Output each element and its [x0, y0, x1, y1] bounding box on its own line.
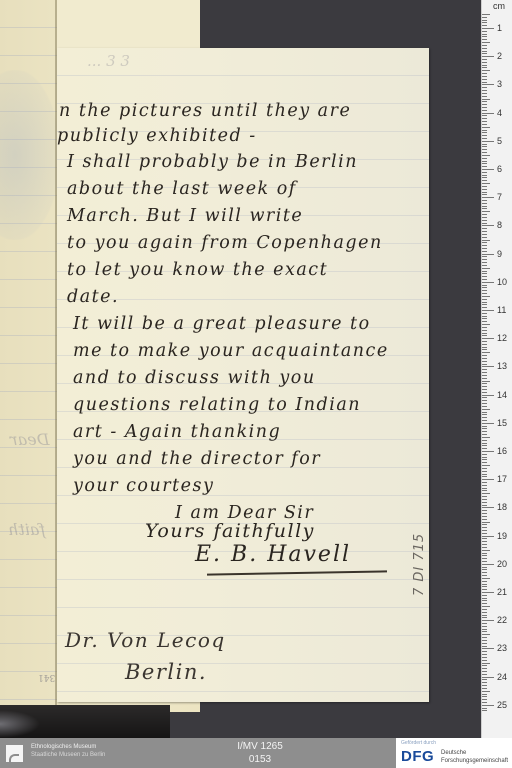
ruler-tick	[482, 663, 490, 664]
ruler-number: 11	[497, 305, 506, 315]
ruler-tick	[482, 307, 487, 308]
ruler-tick	[482, 490, 487, 491]
ruler-tick	[482, 87, 487, 88]
ruler-tick	[482, 194, 487, 195]
letter-line: your courtesy	[73, 476, 214, 496]
ruler-tick	[482, 705, 494, 706]
ruler-tick	[482, 615, 487, 616]
letter-line: to let you know the exact	[67, 260, 328, 280]
ruler-tick	[482, 265, 487, 266]
addressee-name: Dr. Von Lecoq	[65, 628, 226, 652]
ruler-tick	[482, 561, 487, 562]
ruler-tick	[482, 578, 490, 579]
ruler-tick	[482, 282, 494, 283]
ruler-tick	[482, 710, 487, 711]
ruler-tick	[482, 547, 487, 548]
ruler-tick	[482, 682, 487, 683]
cm-ruler: cm 1234567891011121314151617181920212223…	[481, 0, 512, 738]
ruler-tick	[482, 603, 487, 604]
ruler-tick	[482, 423, 494, 424]
ruler-tick	[482, 420, 487, 421]
ruler-tick	[482, 127, 490, 128]
ruler-tick	[482, 161, 487, 162]
ruler-unit: cm	[493, 1, 505, 11]
ruler-tick	[482, 271, 487, 272]
ruler-tick	[482, 476, 487, 477]
ruler-tick	[482, 192, 487, 193]
ruler-tick	[482, 465, 490, 466]
ruler-tick	[482, 564, 494, 565]
ruler-tick	[482, 304, 487, 305]
ruler-tick	[482, 671, 487, 672]
ruler-tick	[482, 42, 490, 43]
ruler-tick	[482, 522, 490, 523]
ruler-tick	[482, 335, 487, 336]
ruler-tick	[482, 665, 487, 666]
ruler-tick	[482, 702, 487, 703]
ruler-tick	[482, 158, 487, 159]
ruler-tick	[482, 369, 487, 370]
ruler-number: 3	[497, 79, 502, 89]
ruler-tick	[482, 513, 487, 514]
ruler-tick	[482, 84, 494, 85]
ruler-tick	[482, 640, 487, 641]
ruler-tick	[482, 457, 487, 458]
inventory-id: I/MV 1265	[210, 740, 310, 753]
bleed-through-text: Dear	[10, 430, 49, 449]
ruler-tick	[482, 612, 487, 613]
ruler-tick	[482, 392, 487, 393]
ruler-tick	[482, 381, 490, 382]
ruler-tick	[482, 152, 487, 153]
ruler-tick	[482, 200, 487, 201]
ruler-tick	[482, 107, 487, 108]
ruler-tick	[482, 144, 487, 145]
ruler-tick	[482, 327, 487, 328]
ruler-tick	[482, 347, 487, 348]
ruler-tick	[482, 558, 487, 559]
ruler-tick	[482, 45, 487, 46]
ruler-tick	[482, 124, 487, 125]
ruler-tick	[482, 28, 494, 29]
scan-area: Dear faith 341 ... 3 3 n the pictures un…	[0, 0, 512, 738]
ruler-tick	[482, 493, 490, 494]
ruler-tick	[482, 279, 487, 280]
ruler-number: 1	[497, 23, 502, 33]
ruler-tick	[482, 417, 487, 418]
ruler-tick	[482, 352, 490, 353]
ruler-tick	[482, 93, 487, 94]
ruler-number: 20	[497, 559, 507, 569]
ruler-tick	[482, 660, 487, 661]
ruler-tick	[482, 177, 487, 178]
ruler-tick	[482, 138, 487, 139]
ruler-tick	[482, 553, 487, 554]
funder-name: Deutsche Forschungsgemeinschaft	[441, 749, 508, 765]
ruler-tick	[482, 386, 487, 387]
ruler-tick	[482, 104, 487, 105]
ruler-tick	[482, 708, 487, 709]
ruler-tick	[482, 73, 487, 74]
ruler-tick	[482, 648, 494, 649]
ruler-tick	[482, 696, 487, 697]
ruler-tick	[482, 366, 494, 367]
ruler-tick	[482, 67, 487, 68]
letter-line: to you again from Copenhagen	[67, 233, 383, 253]
ruler-tick	[482, 146, 487, 147]
ruler-number: 7	[497, 192, 502, 202]
ruler-tick	[482, 383, 487, 384]
ruler-tick	[482, 31, 487, 32]
ruler-tick	[482, 375, 487, 376]
ruler-tick	[482, 651, 487, 652]
ruler-tick	[482, 302, 487, 303]
ruler-tick	[482, 65, 487, 66]
ruler-tick	[482, 361, 487, 362]
ruler-tick	[482, 220, 487, 221]
ruler-tick	[482, 141, 494, 142]
ruler-tick	[482, 629, 487, 630]
funder-name-line-1: Deutsche	[441, 749, 508, 757]
ruler-tick	[482, 251, 487, 252]
ruler-tick	[482, 555, 487, 556]
ruler-tick	[482, 445, 487, 446]
archive-pencil-mark: 7 DI 715	[412, 533, 427, 596]
ruler-tick	[482, 699, 487, 700]
ruler-tick	[482, 48, 487, 49]
ruler-tick	[482, 507, 494, 508]
ruler-tick	[482, 208, 487, 209]
ruler-number: 13	[497, 361, 507, 371]
ruler-tick	[482, 409, 490, 410]
ruler-tick	[482, 516, 487, 517]
ruler-tick	[482, 234, 487, 235]
ruler-tick	[482, 437, 490, 438]
ruler-tick	[482, 567, 487, 568]
ruler-tick	[482, 606, 490, 607]
ruler-tick	[482, 544, 487, 545]
ruler-number: 14	[497, 390, 507, 400]
ruler-tick	[482, 428, 487, 429]
letter-line: date.	[67, 287, 119, 307]
institution-name: Ethnologisches Museum	[31, 743, 105, 751]
ruler-tick	[482, 285, 487, 286]
ruler-number: 12	[497, 333, 507, 343]
funder-panel: Gefördert durch DFG Deutsche Forschungsg…	[396, 738, 512, 768]
ruler-tick	[482, 197, 494, 198]
ruler-tick	[482, 76, 487, 77]
ruler-tick	[482, 310, 494, 311]
ruler-tick	[482, 617, 487, 618]
institution-subtitle: Staatliche Museen zu Berlin	[31, 751, 105, 759]
ruler-tick	[482, 485, 487, 486]
ruler-number: 24	[497, 672, 507, 682]
ruler-tick	[482, 685, 487, 686]
ruler-number: 18	[497, 502, 507, 512]
ruler-tick	[482, 631, 487, 632]
ruler-tick	[482, 166, 487, 167]
ruler-tick	[482, 237, 487, 238]
ruler-tick	[482, 598, 487, 599]
ruler-tick	[482, 14, 490, 15]
ruler-tick	[482, 600, 487, 601]
ruler-tick	[482, 581, 487, 582]
ruler-tick	[482, 527, 487, 528]
ruler-tick	[482, 400, 487, 401]
ruler-tick	[482, 115, 487, 116]
ruler-tick	[482, 406, 487, 407]
ruler-tick	[482, 397, 487, 398]
ruler-tick	[482, 668, 487, 669]
ruler-tick	[482, 169, 494, 170]
funder-name-line-2: Forschungsgemeinschaft	[441, 757, 508, 765]
ruler-tick	[482, 479, 494, 480]
ruler-number: 17	[497, 474, 507, 484]
ruler-tick	[482, 99, 490, 100]
ruler-tick	[482, 211, 490, 212]
ruler-tick	[482, 626, 487, 627]
ruler-tick	[482, 290, 487, 291]
ruler-tick	[482, 183, 490, 184]
letter-line: questions relating to Indian	[73, 395, 361, 415]
ruler-tick	[482, 240, 490, 241]
ruler-tick	[482, 135, 487, 136]
ruler-tick	[482, 572, 487, 573]
ruler-tick	[482, 39, 487, 40]
ruler-tick	[482, 536, 494, 537]
ruler-number: 25	[497, 700, 507, 710]
ruler-tick	[482, 180, 487, 181]
ruler-tick	[482, 349, 487, 350]
ruler-number: 9	[497, 249, 502, 259]
ruler-tick	[482, 149, 487, 150]
ruler-tick	[482, 17, 487, 18]
ruler-tick	[482, 248, 487, 249]
dfg-logo-icon: DFG	[401, 748, 434, 765]
ruler-tick	[482, 59, 487, 60]
ruler-tick	[482, 550, 490, 551]
ruler-tick	[482, 256, 487, 257]
ruler-number: 5	[497, 136, 502, 146]
binding-glare	[0, 710, 40, 738]
ruler-tick	[482, 299, 487, 300]
ruler-tick	[482, 482, 487, 483]
ruler-tick	[482, 592, 494, 593]
ruler-tick	[482, 524, 487, 525]
ruler-tick	[482, 654, 487, 655]
ruler-number: 19	[497, 531, 507, 541]
ruler-number: 8	[497, 220, 502, 230]
ruler-tick	[482, 691, 490, 692]
ruler-tick	[482, 121, 487, 122]
ruler-number: 6	[497, 164, 502, 174]
ruler-tick	[482, 333, 487, 334]
addressee-city: Berlin.	[125, 660, 207, 684]
ruler-tick	[482, 338, 494, 339]
ruler-number: 4	[497, 108, 502, 118]
ruler-tick	[482, 575, 487, 576]
book-binding-shadow	[0, 705, 170, 738]
letter-line: n the pictures until they are	[59, 101, 351, 121]
ruler-tick	[482, 586, 487, 587]
ruler-tick	[482, 296, 490, 297]
ruler-tick	[482, 623, 487, 624]
ruler-tick	[482, 132, 487, 133]
closing-valediction: Yours faithfully	[145, 520, 315, 542]
ruler-tick	[482, 318, 487, 319]
ruler-tick	[482, 262, 487, 263]
ruler-tick	[482, 688, 487, 689]
ruler-tick	[482, 186, 487, 187]
ruler-tick	[482, 462, 487, 463]
ruler-tick	[482, 454, 487, 455]
letter-line: you and the director for	[73, 449, 321, 469]
ruler-tick	[482, 313, 487, 314]
ruler-tick	[482, 519, 487, 520]
ruler-tick	[482, 355, 487, 356]
ruler-tick	[482, 293, 487, 294]
ruler-tick	[482, 364, 487, 365]
ruler-tick	[482, 530, 487, 531]
bleed-through-stamp	[0, 70, 60, 240]
ruler-tick	[482, 214, 487, 215]
ruler-tick	[482, 496, 487, 497]
letter-line: It will be a great pleasure to	[73, 314, 371, 334]
museum-logo-icon	[6, 745, 23, 762]
margin-number: 341	[38, 672, 55, 682]
ruler-tick	[482, 694, 487, 695]
ruler-tick	[482, 203, 487, 204]
ruler-tick	[482, 674, 487, 675]
ruler-number: 16	[497, 446, 507, 456]
ruler-tick	[482, 403, 487, 404]
ruler-tick	[482, 448, 487, 449]
ruler-tick	[482, 51, 487, 52]
ruler-tick	[482, 344, 487, 345]
ruler-tick	[482, 155, 490, 156]
ruler-tick	[482, 254, 494, 255]
ruler-tick	[482, 431, 487, 432]
ruler-tick	[482, 595, 487, 596]
ruler-tick	[482, 584, 487, 585]
ruler-tick	[482, 637, 487, 638]
ruler-tick	[482, 389, 487, 390]
ruler-tick	[482, 646, 487, 647]
ruler-tick	[482, 228, 487, 229]
ruler-tick	[482, 471, 487, 472]
ruler-tick	[482, 434, 487, 435]
ruler-tick	[482, 268, 490, 269]
ruler-tick	[482, 113, 494, 114]
signature: E. B. Havell	[195, 542, 351, 567]
ruler-tick	[482, 468, 487, 469]
ruler-tick	[482, 440, 487, 441]
ruler-tick	[482, 372, 487, 373]
ruler-tick	[482, 505, 487, 506]
letter-line: about the last week of	[67, 179, 297, 199]
ruler-tick	[482, 34, 487, 35]
ruler-tick	[482, 20, 487, 21]
ruler-tick	[482, 412, 487, 413]
ruler-tick	[482, 245, 487, 246]
ruler-tick	[482, 82, 487, 83]
ruler-tick	[482, 533, 487, 534]
institution-block: Ethnologisches Museum Staatliche Museen …	[31, 743, 105, 759]
ruler-tick	[482, 330, 487, 331]
ruler-tick	[482, 414, 487, 415]
ruler-number: 15	[497, 418, 507, 428]
ruler-tick	[482, 130, 487, 131]
letter-line: I shall probably be in Berlin	[67, 152, 358, 172]
ruler-tick	[482, 163, 487, 164]
ruler-tick	[482, 70, 490, 71]
letter-line: publicly exhibited -	[57, 126, 257, 146]
ruler-number: 2	[497, 51, 502, 61]
ruler-number: 23	[497, 643, 507, 653]
ruler-tick	[482, 474, 487, 475]
ruler-tick	[482, 541, 487, 542]
ruler-tick	[482, 25, 487, 26]
ruler-tick	[482, 358, 487, 359]
ruler-tick	[482, 395, 494, 396]
ruler-tick	[482, 538, 487, 539]
ruler-tick	[482, 589, 487, 590]
ruler-tick	[482, 273, 487, 274]
archive-footer: Ethnologisches Museum Staatliche Museen …	[0, 738, 512, 768]
ruler-tick	[482, 118, 487, 119]
ruler-tick	[482, 206, 487, 207]
ruler-tick	[482, 488, 487, 489]
ruler-tick	[482, 451, 494, 452]
ruler-tick	[482, 79, 487, 80]
ruler-tick	[482, 36, 487, 37]
ruler-tick	[482, 634, 490, 635]
ruler-tick	[482, 56, 494, 57]
funded-by-label: Gefördert durch	[401, 740, 436, 746]
ruler-tick	[482, 657, 487, 658]
ruler-tick	[482, 90, 487, 91]
page-number: 0153	[210, 753, 310, 766]
ruler-tick	[482, 443, 487, 444]
ruler-tick	[482, 225, 494, 226]
letter-line: art - Again thanking	[73, 422, 281, 442]
ruler-tick	[482, 22, 487, 23]
ruler-tick	[482, 620, 494, 621]
letter-line: me to make your acquaintance	[73, 341, 389, 361]
ruler-tick	[482, 217, 487, 218]
ruler-tick	[482, 276, 487, 277]
ruler-tick	[482, 341, 487, 342]
ruler-tick	[482, 110, 487, 111]
bleed-through-text: ... 3 3	[87, 52, 130, 70]
ruler-tick	[482, 53, 487, 54]
ruler-tick	[482, 502, 487, 503]
letter-sheet: ... 3 3 n the pictures until they are pu…	[57, 48, 429, 702]
ruler-tick	[482, 189, 487, 190]
ruler-tick	[482, 242, 487, 243]
bleed-through-text: faith	[8, 520, 45, 539]
ruler-tick	[482, 643, 487, 644]
ruler-tick	[482, 679, 487, 680]
ruler-tick	[482, 426, 487, 427]
letter-line: and to discuss with you	[73, 368, 316, 388]
ruler-tick	[482, 96, 487, 97]
ruler-tick	[482, 172, 487, 173]
ruler-tick	[482, 175, 487, 176]
ruler-tick	[482, 321, 487, 322]
inventory-block: I/MV 1265 0153	[210, 740, 310, 766]
ruler-tick	[482, 259, 487, 260]
